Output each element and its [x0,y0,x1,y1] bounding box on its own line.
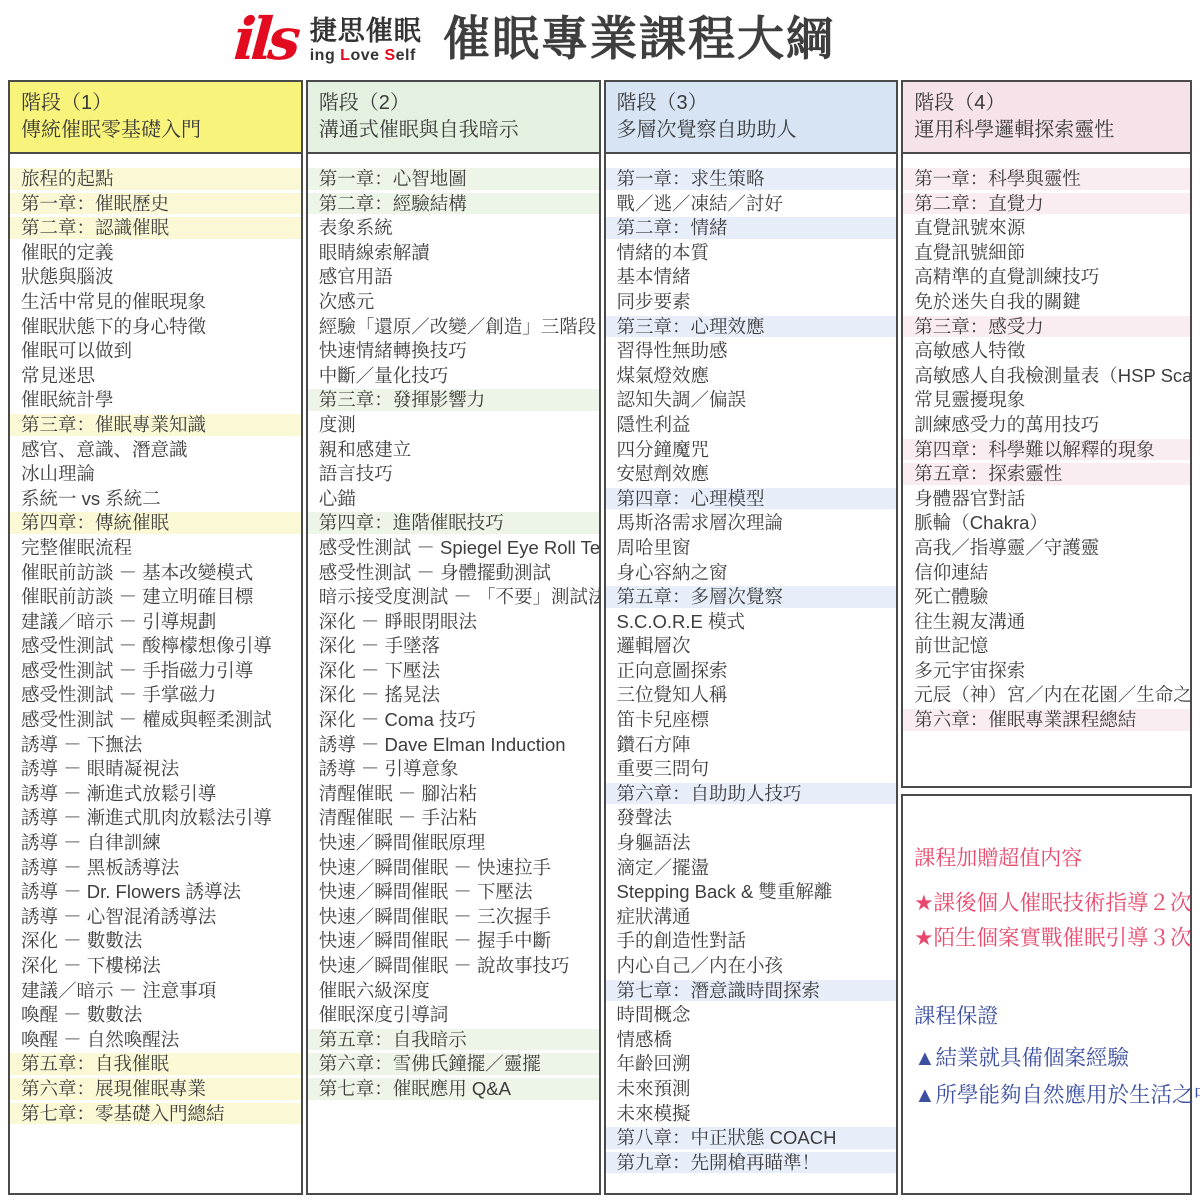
course-outline-page: ils 捷思催眠 ing Love Self 催眠專業課程大綱 階段（1） 傳統… [0,0,1200,1200]
logo-tagline: ing Love Self [310,46,422,66]
chapter-row: 第七章：潛意識時間探索 [606,979,897,1004]
curriculum-table: 階段（1） 傳統催眠零基礎入門 旅程的起點第一章：催眠歷史第二章：認識催眠催眠的… [8,80,1192,1195]
topic-row: 感受性測試 － 權威與輕柔測試 [10,708,301,733]
topic-row: 快速／瞬間催眠 － 握手中斷 [308,929,599,954]
stage-4-column: 階段（4） 運用科學邏輯探索靈性 第一章：科學與靈性第二章：直覺力直覺訊號來源直… [901,80,1192,1195]
topic-row: 催眠的定義 [10,241,301,266]
topic-row: 時間概念 [606,1003,897,1028]
topic-row: 快速／瞬間催眠原理 [308,831,599,856]
chapter-row: 第一章：科學與靈性 [903,167,1190,192]
stage-1-header: 階段（1） 傳統催眠零基礎入門 [10,82,301,154]
topic-row: 信仰連結 [903,561,1190,586]
topic-row: 戰／逃／凍結／討好 [606,192,897,217]
topic-row: 往生親友溝通 [903,610,1190,635]
topic-row: 狀態與腦波 [10,265,301,290]
topic-row: 清醒催眠 － 腳沾粘 [308,782,599,807]
chapter-row: 第四章：心理模型 [606,487,897,512]
topic-row: 建議／暗示 － 注意事項 [10,979,301,1004]
page-title: 催眠專業課程大綱 [443,8,835,70]
stage-1-column: 階段（1） 傳統催眠零基礎入門 旅程的起點第一章：催眠歷史第二章：認識催眠催眠的… [8,80,303,1195]
topic-row: 認知失調／偏誤 [606,388,897,413]
chapter-row: 第七章：催眠應用 Q&A [308,1077,599,1102]
topic-row: 笛卡兒座標 [606,708,897,733]
chapter-row: 第六章：催眠專業課程總結 [903,708,1190,733]
topic-row: 前世記憶 [903,634,1190,659]
topic-row: 身體器官對話 [903,487,1190,512]
topic-row: 年齡回溯 [606,1052,897,1077]
topic-row: 中斷／量化技巧 [308,364,599,389]
chapter-row: 第一章：催眠歷史 [10,192,301,217]
topic-row: 習得性無助感 [606,339,897,364]
chapter-row: 旅程的起點 [10,167,301,192]
chapter-row: 第六章：自助助人技巧 [606,782,897,807]
topic-row: 誘導 － 漸進式放鬆引導 [10,782,301,807]
topic-row: 症狀溝通 [606,905,897,930]
stage-4-topic-list: 第一章：科學與靈性第二章：直覺力直覺訊號來源直覺訊號細節高精準的直覺訓練技巧免於… [903,154,1190,786]
topic-row: 高敏感人自我檢測量表（HSP Scale） [903,364,1190,389]
guarantee-item: ▲所學能夠自然應用於生活之中 [914,1077,1182,1114]
topic-row: 免於迷失自我的關鍵 [903,290,1190,315]
topic-row: 喚醒 － 自然喚醒法 [10,1028,301,1053]
brand-text-block: 捷思催眠 ing Love Self [310,4,422,66]
stage-3-topic-list: 第一章：求生策略戰／逃／凍結／討好第二章：情緒情緒的本質基本情緒同步要素第三章：… [606,154,897,1193]
topic-row: 次感元 [308,290,599,315]
topic-row: 催眠狀態下的身心特徵 [10,315,301,340]
bonus-box: 課程加贈超值内容 ★課後個人催眠技術指導２次★陌生個案實戰催眠引導３次 課程保證… [901,794,1192,1195]
topic-row: 建議／暗示 － 引導規劃 [10,610,301,635]
topic-row: 感受性測試 － Spiegel Eye Roll Test [308,536,599,561]
chapter-row: 第三章：感受力 [903,315,1190,340]
topic-row: 深化 － 手墜落 [308,634,599,659]
topic-row: 喚醒 － 數數法 [10,1003,301,1028]
topic-row: 感官、意識、潛意識 [10,438,301,463]
topic-row: 訓練感受力的萬用技巧 [903,413,1190,438]
topic-row: 親和感建立 [308,438,599,463]
topic-row: 馬斯洛需求層次理論 [606,511,897,536]
guarantee-items: ▲結業就具備個案經驗▲所學能夠自然應用於生活之中 [914,1040,1182,1114]
stage-3-header: 階段（3） 多層次覺察自助助人 [606,82,897,154]
topic-row: 死亡體驗 [903,585,1190,610]
topic-row: 情感橋 [606,1028,897,1053]
topic-row: 基本情緒 [606,265,897,290]
chapter-row: 第九章：先開槍再瞄準！ [606,1151,897,1176]
topic-row: 隱性利益 [606,413,897,438]
topic-row: 催眠深度引導詞 [308,1003,599,1028]
topic-row: 常見迷思 [10,364,301,389]
topic-row: 同步要素 [606,290,897,315]
topic-row: 煤氣燈效應 [606,364,897,389]
chapter-row: 第五章：自我暗示 [308,1028,599,1053]
topic-row: 周哈里窗 [606,536,897,561]
stage-3-title: 多層次覺察自助助人 [617,117,886,144]
topic-row: 深化 － 數數法 [10,929,301,954]
topic-row: 誘導 － 自律訓練 [10,831,301,856]
topic-row: 誘導 － 漸進式肌肉放鬆法引導 [10,806,301,831]
guarantee-title: 課程保證 [914,1004,1182,1030]
topic-row: 度測 [308,413,599,438]
chapter-row: 第八章：中正狀態 COACH [606,1126,897,1151]
chapter-row: 第六章：雪佛氏鐘擺／靈擺 [308,1052,599,1077]
stage-4-header: 階段（4） 運用科學邏輯探索靈性 [903,82,1190,154]
topic-row: 深化 － 搖晃法 [308,683,599,708]
topic-row: 快速情緒轉換技巧 [308,339,599,364]
bonus-item: ★課後個人催眠技術指導２次 [914,886,1182,921]
topic-row: 催眠前訪談 － 建立明確目標 [10,585,301,610]
topic-row: 誘導 － 心智混淆誘導法 [10,905,301,930]
topic-row: 語言技巧 [308,462,599,487]
topic-row: 手的創造性對話 [606,929,897,954]
topic-row: 誘導 － 黑板誘導法 [10,856,301,881]
chapter-row: 第一章：求生策略 [606,167,897,192]
bonus-item: ★陌生個案實戰催眠引導３次 [914,921,1182,956]
stage-1-topic-list: 旅程的起點第一章：催眠歷史第二章：認識催眠催眠的定義狀態與腦波生活中常見的催眠現… [10,154,301,1193]
chapter-row: 第七章：零基礎入門總結 [10,1102,301,1127]
topic-row: 常見靈擾現象 [903,388,1190,413]
topic-row: 誘導 － 眼睛凝視法 [10,757,301,782]
topic-row: 催眠六級深度 [308,979,599,1004]
topic-row: 感受性測試 － 手指磁力引導 [10,659,301,684]
topic-row: 感官用語 [308,265,599,290]
stage-3-label: 階段（3） [617,90,886,117]
topic-row: 感受性測試 － 酸檸檬想像引導 [10,634,301,659]
topic-row: 情緒的本質 [606,241,897,266]
chapter-row: 第四章：傳統催眠 [10,511,301,536]
topic-row: 表象系統 [308,216,599,241]
logo-mark: ils [232,4,299,74]
bonus-title: 課程加贈超值内容 [914,846,1182,872]
chapter-row: 第五章：探索靈性 [903,462,1190,487]
stage-2-label: 階段（2） [319,90,588,117]
brand-name: 捷思催眠 [310,16,422,46]
topic-row: 快速／瞬間催眠 － 說故事技巧 [308,954,599,979]
topic-row: 安慰劑效應 [606,462,897,487]
topic-row: 誘導 － Dave Elman Induction [308,733,599,758]
chapter-row: 第五章：多層次覺察 [606,585,897,610]
topic-row: 直覺訊號來源 [903,216,1190,241]
chapter-row: 第三章：發揮影響力 [308,388,599,413]
topic-row: 經驗「還原／改變／創造」三階段 [308,315,599,340]
topic-row: 内心自己／内在小孩 [606,954,897,979]
stage-2-header: 階段（2） 溝通式催眠與自我暗示 [308,82,599,154]
stage-2-title: 溝通式催眠與自我暗示 [319,117,588,144]
topic-row: 鑽石方陣 [606,733,897,758]
topic-row: 誘導 － 引導意象 [308,757,599,782]
stage-4-main-box: 階段（4） 運用科學邏輯探索靈性 第一章：科學與靈性第二章：直覺力直覺訊號來源直… [901,80,1192,788]
topic-row: 滴定／擺盪 [606,856,897,881]
topic-row: 高敏感人特徵 [903,339,1190,364]
stage-4-title: 運用科學邏輯探索靈性 [914,117,1179,144]
topic-row: 元辰（神）宮／内在花園／生命之書 [903,683,1190,708]
topic-row: 高精準的直覺訓練技巧 [903,265,1190,290]
chapter-row: 第二章：情緒 [606,216,897,241]
page-header: ils 捷思催眠 ing Love Self 催眠專業課程大綱 [0,0,1200,80]
topic-row: 直覺訊號細節 [903,241,1190,266]
stage-4-label: 階段（4） [914,90,1179,117]
stage-2-topic-list: 第一章：心智地圖第二章：經驗結構表象系統眼睛線索解讀感官用語次感元經驗「還原／改… [308,154,599,1193]
chapter-row: 第二章：直覺力 [903,192,1190,217]
guarantee-item: ▲結業就具備個案經驗 [914,1040,1182,1077]
topic-row: 快速／瞬間催眠 － 快速拉手 [308,856,599,881]
chapter-row: 第三章：催眠專業知識 [10,413,301,438]
chapter-row: 第四章：科學難以解釋的現象 [903,438,1190,463]
topic-row: 身心容納之窗 [606,561,897,586]
topic-row: 未來模擬 [606,1102,897,1127]
topic-row: 深化 － 睜眼閉眼法 [308,610,599,635]
topic-row: 感受性測試 － 身體擺動測試 [308,561,599,586]
topic-row: 重要三問句 [606,757,897,782]
topic-row: 三位覺知人稱 [606,683,897,708]
topic-row: 冰山理論 [10,462,301,487]
chapter-row: 第三章：心理效應 [606,315,897,340]
topic-row: 深化 － 下壓法 [308,659,599,684]
stage-2-column: 階段（2） 溝通式催眠與自我暗示 第一章：心智地圖第二章：經驗結構表象系統眼睛線… [306,80,601,1195]
topic-row: 邏輯層次 [606,634,897,659]
topic-row: 發聲法 [606,806,897,831]
topic-row: S.C.O.R.E 模式 [606,610,897,635]
brand-logo: ils 捷思催眠 ing Love Self [234,4,422,74]
topic-row: 快速／瞬間催眠 － 下壓法 [308,880,599,905]
topic-row: 未來預測 [606,1077,897,1102]
topic-row: 誘導 － Dr. Flowers 誘導法 [10,880,301,905]
chapter-row: 第四章：進階催眠技巧 [308,511,599,536]
topic-row: Stepping Back & 雙重解離 [606,880,897,905]
topic-row: 心錨 [308,487,599,512]
topic-row: 脈輪（Chakra） [903,511,1190,536]
topic-row: 深化 － 下樓梯法 [10,954,301,979]
bonus-items: ★課後個人催眠技術指導２次★陌生個案實戰催眠引導３次 [914,886,1182,956]
chapter-row: 第六章：展現催眠專業 [10,1077,301,1102]
topic-row: 四分鐘魔咒 [606,438,897,463]
chapter-row: 第一章：心智地圖 [308,167,599,192]
topic-row: 感受性測試 － 手掌磁力 [10,683,301,708]
topic-row: 催眠統計學 [10,388,301,413]
topic-row: 誘導 － 下撫法 [10,733,301,758]
topic-row: 暗示接受度測試 － 「不要」測試法 [308,585,599,610]
stage-3-column: 階段（3） 多層次覺察自助助人 第一章：求生策略戰／逃／凍結／討好第二章：情緒情… [604,80,899,1195]
topic-row: 催眠前訪談 － 基本改變模式 [10,561,301,586]
topic-row: 高我／指導靈／守護靈 [903,536,1190,561]
chapter-row: 第二章：經驗結構 [308,192,599,217]
chapter-row: 第五章：自我催眠 [10,1052,301,1077]
topic-row: 快速／瞬間催眠 － 三次握手 [308,905,599,930]
topic-row: 深化 － Coma 技巧 [308,708,599,733]
stage-1-title: 傳統催眠零基礎入門 [21,117,290,144]
topic-row: 系統一 vs 系統二 [10,487,301,512]
topic-row: 正向意圖探索 [606,659,897,684]
topic-row: 身軀語法 [606,831,897,856]
topic-row: 眼睛線索解讀 [308,241,599,266]
topic-row: 催眠可以做到 [10,339,301,364]
topic-row: 清醒催眠 － 手沾粘 [308,806,599,831]
stage-1-label: 階段（1） [21,90,290,117]
chapter-row: 第二章：認識催眠 [10,216,301,241]
topic-row: 生活中常見的催眠現象 [10,290,301,315]
topic-row: 多元宇宙探索 [903,659,1190,684]
topic-row: 完整催眠流程 [10,536,301,561]
